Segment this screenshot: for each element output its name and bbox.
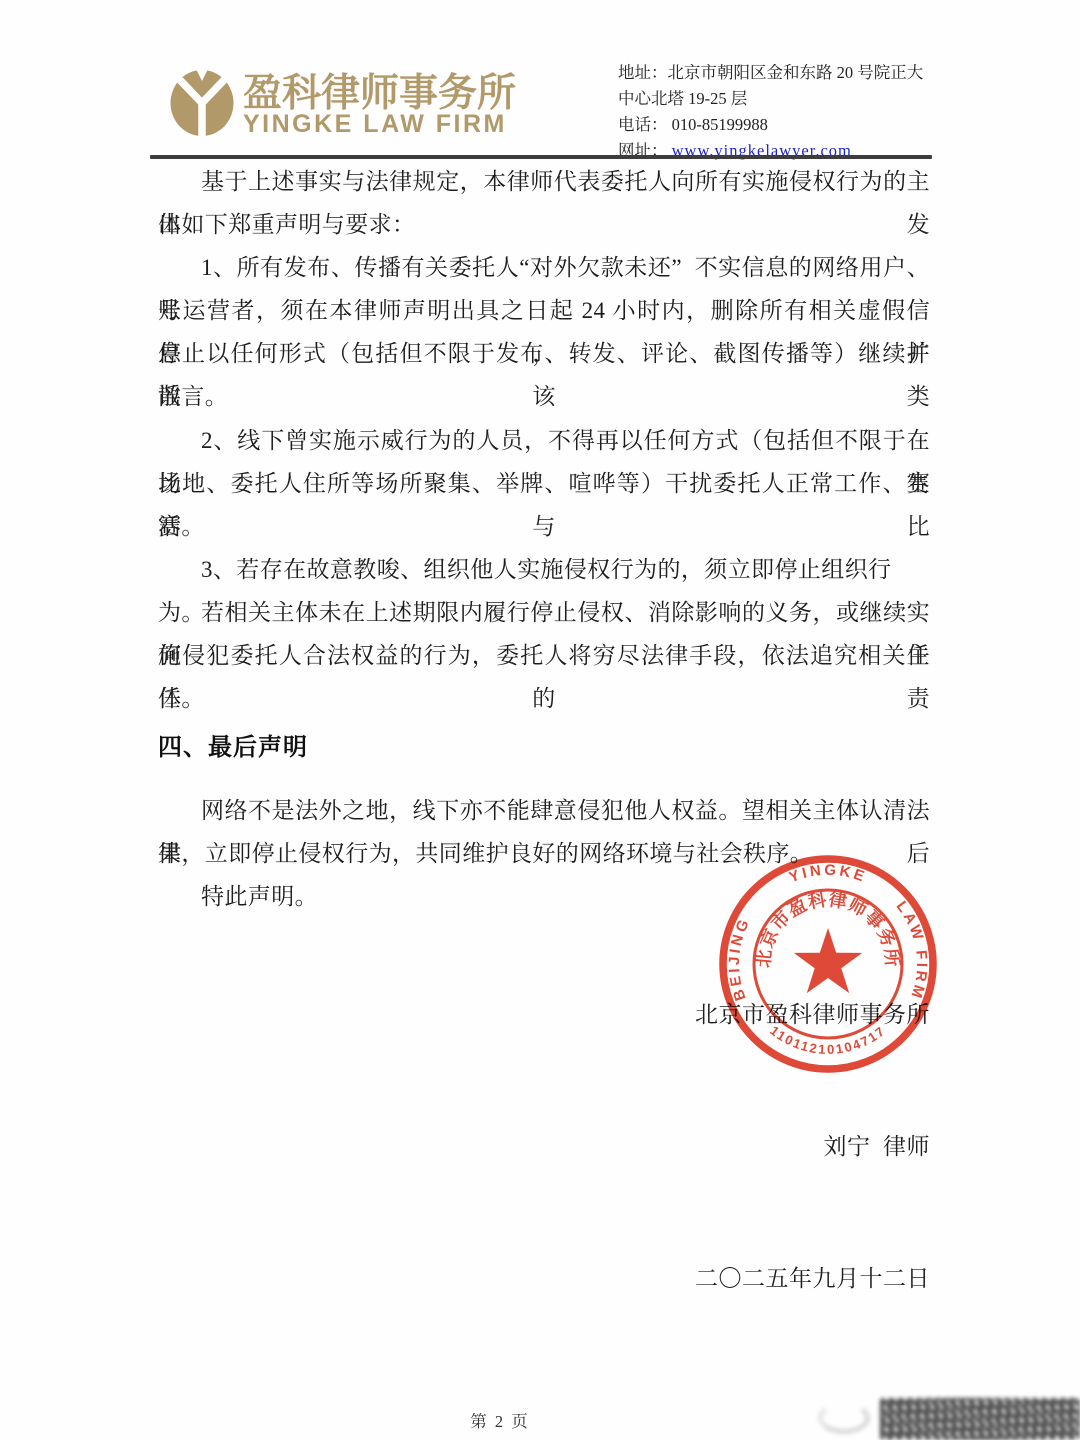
paragraph-line: 2、线下曾实施示威行为的人员，不得再以任何方式（包括但不限于在比赛 bbox=[158, 419, 930, 462]
firm-contact-block: 地址：北京市朝阳区金和东路 20 号院正大中心北塔 19-25 层 电话： 01… bbox=[618, 60, 932, 164]
logo-english-name: YINGKE LAW FIRM bbox=[243, 110, 543, 139]
document-page: 盈科律师事务所 YINGKE LAW FIRM 地址：北京市朝阳区金和东路 20… bbox=[0, 0, 1080, 1440]
paragraph-line: 3、若存在故意教唆、组织他人实施侵权行为的，须立即停止组织行为。 bbox=[158, 548, 930, 591]
yingke-logo-icon bbox=[169, 69, 235, 137]
official-seal-stamp: BEIJING YINGKE LAW FIRM 11011210104717 北… bbox=[712, 848, 944, 1080]
statement-body: 基于上述事实与法律规定，本律师代表委托人向所有实施侵权行为的主体发 出如下郑重声… bbox=[158, 160, 930, 919]
watermark-blur-block bbox=[880, 1398, 1080, 1440]
watermark-swirl-icon bbox=[818, 1402, 870, 1434]
seal-number: 11011210104717 bbox=[767, 1023, 888, 1057]
phone-line: 电话： 010-85199988 bbox=[618, 112, 932, 138]
header-divider bbox=[150, 155, 932, 159]
page-number: 第 2 页 bbox=[420, 1408, 580, 1432]
signature-date: 二〇二五年九月十二日 bbox=[510, 1257, 930, 1301]
paragraph-line: 若相关主体未在上述期限内履行停止侵权、消除影响的义务，或继续实施任 bbox=[158, 591, 930, 634]
paragraph-line: 场地、委托人住所等场所聚集、举牌、喧哗等）干扰委托人正常工作、生活与比 bbox=[158, 462, 930, 505]
svg-text:11011210104717: 11011210104717 bbox=[767, 1023, 888, 1057]
paragraph-line: 网络不是法外之地，线下亦不能肆意侵犯他人权益。望相关主体认清法律后 bbox=[158, 789, 930, 832]
section-heading: 四、最后声明 bbox=[158, 727, 930, 770]
paragraph-line: 1、所有发布、传播有关委托人“对外欠款未还” 不实信息的网络用户、账 bbox=[158, 246, 930, 289]
paragraph-line: 停止以任何形式（包括但不限于发布、转发、评论、截图传播等）继续扩散该类 bbox=[158, 332, 930, 375]
paragraph-line: 号运营者，须在本律师声明出具之日起 24 小时内，删除所有相关虚假信息，并 bbox=[158, 289, 930, 332]
signature-lawyer: 刘宁 律师 bbox=[510, 1125, 930, 1169]
paragraph-line: 基于上述事实与法律规定，本律师代表委托人向所有实施侵权行为的主体发 bbox=[158, 160, 930, 203]
paragraph-line: 何侵犯委托人合法权益的行为，委托人将穷尽法律手段，依法追究相关主体的责 bbox=[158, 634, 930, 677]
seal-star-icon bbox=[794, 928, 862, 993]
watermark-smudge bbox=[810, 1392, 1080, 1440]
address-line: 地址：北京市朝阳区金和东路 20 号院正大中心北塔 19-25 层 bbox=[618, 60, 932, 112]
